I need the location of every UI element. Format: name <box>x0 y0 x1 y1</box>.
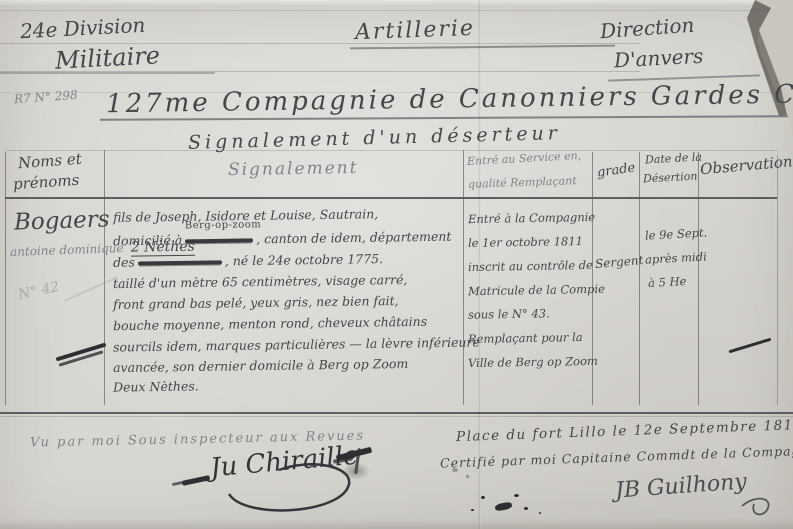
division-line1: 24e Division <box>19 13 145 44</box>
pencil-number-note: N° 42 <box>17 279 61 303</box>
header-names-line2: prénoms <box>12 171 79 194</box>
certification-line: Certifié par moi Capitaine Commdt de la … <box>440 442 793 470</box>
signalement-line3-post: , né le 24e octobre 1775. <box>225 251 383 268</box>
column-divider-signalement <box>463 150 464 405</box>
signalement-line5: front grand bas pelé, yeux gris, nez bie… <box>113 293 399 312</box>
column-divider-grade <box>639 152 640 405</box>
header-observations: Observations <box>699 152 793 179</box>
table-border-bottom-shadow <box>0 416 793 417</box>
ruled-line <box>0 10 793 11</box>
ink-speck <box>539 512 541 514</box>
service-line: le 1er octobre 1811 <box>468 234 583 250</box>
ink-speck <box>481 496 485 499</box>
service-line: Entré à la Compagnie <box>468 210 595 226</box>
signalement-line9: Deux Nèthes. <box>113 378 199 394</box>
signature-flourish <box>738 492 788 522</box>
header-desertion-line2: Désertion <box>643 170 698 186</box>
captain-signature: JB Guilhony <box>614 469 747 503</box>
column-divider-names <box>104 150 105 405</box>
correction-above-line: 2 Nèthes <box>131 239 195 257</box>
ink-speck <box>471 509 474 511</box>
crossed-out-text <box>185 238 253 243</box>
header-grade: grade <box>596 160 636 180</box>
ruled-line <box>0 72 215 74</box>
signalement-line7: sourcils idem, marques particulières — l… <box>113 334 480 354</box>
signalement-line6: bouche moyenne, menton rond, cheveux châ… <box>113 314 427 333</box>
company-title: 127me Compagnie de Canonniers Gardes Côt… <box>106 79 793 120</box>
signalement-line3-pre: des <box>113 255 135 270</box>
direction-line1: Direction <box>599 13 695 44</box>
signalement-line2-post: , canton de idem, département <box>256 229 451 247</box>
table-border-bottom <box>0 412 793 414</box>
artillerie-underline <box>350 45 615 50</box>
ink-speck <box>466 475 469 478</box>
signalement-line3: des, né le 24e octobre 1775. 2 Nèthes <box>113 251 383 270</box>
table-border-top <box>5 150 777 151</box>
header-service-line1: Entré au Service en, <box>467 149 582 168</box>
deserter-firstnames: antoine dominique <box>10 241 124 259</box>
service-line: Matricule de la Compie <box>468 282 605 298</box>
signalement-line8: avancée, son dernier domicile à Berg op … <box>113 356 408 375</box>
correction-above-line: Berg-op-zoom <box>185 219 262 231</box>
direction-line2: D'anvers <box>613 44 703 73</box>
ink-slash-mark <box>729 338 772 354</box>
ink-dash-mark <box>182 475 210 486</box>
column-divider-desertion <box>698 152 699 405</box>
service-line: Remplaçant pour la <box>468 330 583 346</box>
ink-dash-mark <box>172 481 183 486</box>
ink-speck <box>452 468 458 472</box>
deserter-record-document: 24e Division Militaire Artillerie Direct… <box>0 0 793 529</box>
header-names-line1: Noms et <box>17 150 82 172</box>
desertion-date-line: à 5 He <box>648 274 687 290</box>
table-header-divider <box>5 197 777 199</box>
signalement-line4: taillé d'un mètre 65 centimètres, visage… <box>113 272 408 291</box>
table-border-left <box>5 152 6 405</box>
ink-speck <box>524 507 528 510</box>
artillerie-title: Artillerie <box>355 16 476 45</box>
service-line: sous le N° 43. <box>468 306 550 321</box>
register-reference: R7 N° 298 <box>14 88 79 106</box>
service-line: inscrit au contrôle de <box>468 258 593 274</box>
header-desertion-line1: Date de la <box>645 151 703 167</box>
service-line: Ville de Berg op Zoom <box>468 354 598 370</box>
pencil-stroke <box>64 276 118 301</box>
header-service-line2: qualité Remplaçant <box>468 174 577 191</box>
place-date-line: Place du fort Lillo le 12e Septembre 181… <box>456 417 793 445</box>
header-signalement: Signalement <box>228 158 359 180</box>
division-line2: Militaire <box>54 41 160 74</box>
crossed-out-text <box>138 260 222 265</box>
grade-value: Sergent <box>594 253 643 271</box>
deserter-name: Bogaers <box>14 206 110 235</box>
table-border-right <box>777 155 778 405</box>
ink-blot <box>494 501 512 511</box>
ink-smear <box>342 462 370 480</box>
ink-speck <box>514 494 519 497</box>
torn-corner <box>723 0 793 140</box>
